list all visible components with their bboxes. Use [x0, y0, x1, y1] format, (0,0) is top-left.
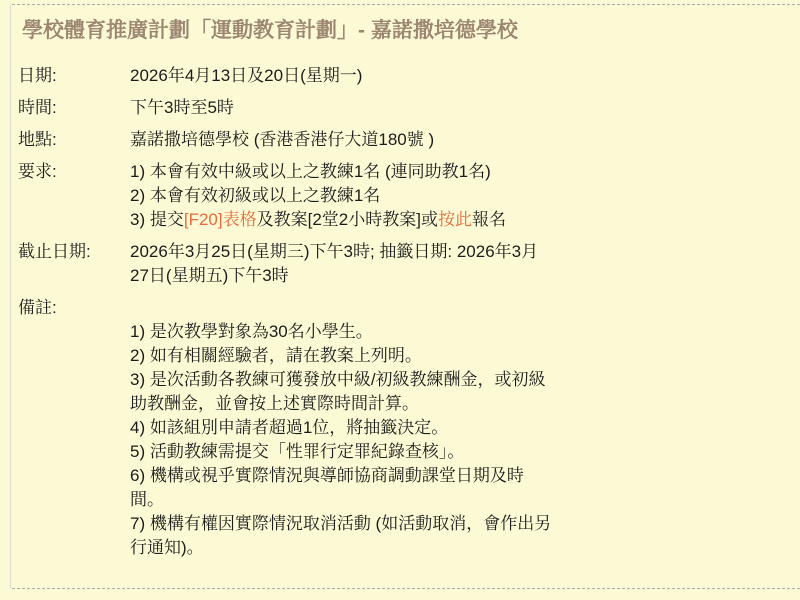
text-segment: 助教酬金，並會按上述實際時間計算。	[130, 394, 419, 413]
row-label-venue: 地點:	[18, 128, 130, 152]
row-time: 時間:下午3時至5時	[18, 96, 790, 120]
text-segment: 行通知)。	[130, 538, 204, 557]
text-segment: 2026年4月13日及20日(星期一)	[130, 66, 362, 85]
value-line: 2) 如有相關經驗者，請在教案上列明。	[130, 344, 790, 368]
text-segment: 報名	[472, 210, 506, 229]
row-value-venue: 嘉諾撒培德學校 (香港香港仔大道180號 )	[130, 128, 790, 152]
text-segment: 3) 是次活動各教練可獲發放中級/初級教練酬金，或初級	[130, 370, 546, 389]
top-dashed-divider	[12, 4, 800, 5]
value-line: 3) 提交[F20]表格及教案[2堂2小時教案]或按此報名	[130, 208, 790, 232]
row-value-date: 2026年4月13日及20日(星期一)	[130, 64, 790, 88]
text-segment: 5) 活動教練需提交「性罪行定罪紀錄查核」。	[130, 442, 464, 461]
text-segment: 2) 本會有效初級或以上之教練1名	[130, 186, 380, 205]
row-label-time: 時間:	[18, 96, 130, 120]
row-requirements: 要求:1) 本會有效中級或以上之教練1名 (連同助教1名)2) 本會有效初級或以…	[18, 160, 790, 232]
text-segment: 嘉諾撒培德學校 (香港香港仔大道180號 )	[130, 130, 434, 149]
value-line: 助教酬金，並會按上述實際時間計算。	[130, 392, 790, 416]
row-value-deadline: 2026年3月25日(星期三)下午3時; 抽籤日期: 2026年3月27日(星期…	[130, 240, 790, 288]
text-segment: 2026年3月25日(星期三)下午3時; 抽籤日期: 2026年3月	[130, 242, 538, 261]
row-label-remarks: 備註:	[18, 296, 130, 320]
value-line: 1) 是次教學對象為30名小學生。	[130, 320, 790, 344]
row-date: 日期:2026年4月13日及20日(星期一)	[18, 64, 790, 88]
f20-form-link[interactable]: [F20]表格	[184, 210, 257, 229]
text-segment: 下午3時至5時	[130, 98, 234, 117]
row-value-requirements: 1) 本會有效中級或以上之教練1名 (連同助教1名)2) 本會有效初級或以上之教…	[130, 160, 790, 232]
value-line: 27日(星期五)下午3時	[130, 264, 790, 288]
page-title: 學校體育推廣計劃「運動教育計劃」- 嘉諾撒培德學校	[22, 16, 518, 46]
text-segment: 2) 如有相關經驗者，請在教案上列明。	[130, 346, 422, 365]
value-line: 間。	[130, 488, 790, 512]
text-segment: 及教案[2堂2小時教案]或	[257, 210, 438, 229]
row-remarks: 備註: 1) 是次教學對象為30名小學生。2) 如有相關經驗者，請在教案上列明。…	[18, 296, 790, 560]
text-segment: 間。	[130, 490, 164, 509]
text-segment: 7) 機構有權因實際情況取消活動 (如活動取消，會作出另	[130, 514, 551, 533]
value-line: 3) 是次活動各教練可獲發放中級/初級教練酬金，或初級	[130, 368, 790, 392]
text-segment: 6) 機構或視乎實際情況與導師協商調動課堂日期及時	[130, 466, 524, 485]
value-line: 6) 機構或視乎實際情況與導師協商調動課堂日期及時	[130, 464, 790, 488]
value-line: 行通知)。	[130, 536, 790, 560]
value-line: 2026年3月25日(星期三)下午3時; 抽籤日期: 2026年3月	[130, 240, 790, 264]
row-value-time: 下午3時至5時	[130, 96, 790, 120]
value-line: 嘉諾撒培德學校 (香港香港仔大道180號 )	[130, 128, 790, 152]
bottom-dashed-divider	[12, 588, 800, 589]
left-border-line	[10, 5, 11, 588]
row-deadline: 截止日期:2026年3月25日(星期三)下午3時; 抽籤日期: 2026年3月2…	[18, 240, 790, 288]
value-line: 2) 本會有效初級或以上之教練1名	[130, 184, 790, 208]
value-line: 下午3時至5時	[130, 96, 790, 120]
row-label-requirements: 要求:	[18, 160, 130, 184]
text-segment: 4) 如該組別申請者超過1位，將抽籤決定。	[130, 418, 448, 437]
row-label-date: 日期:	[18, 64, 130, 88]
row-venue: 地點:嘉諾撒培德學校 (香港香港仔大道180號 )	[18, 128, 790, 152]
value-line: 5) 活動教練需提交「性罪行定罪紀錄查核」。	[130, 440, 790, 464]
text-segment: 3) 提交	[130, 210, 184, 229]
value-line: 4) 如該組別申請者超過1位，將抽籤決定。	[130, 416, 790, 440]
row-value-remarks: 1) 是次教學對象為30名小學生。2) 如有相關經驗者，請在教案上列明。3) 是…	[130, 296, 790, 560]
value-line: 2026年4月13日及20日(星期一)	[130, 64, 790, 88]
row-label-deadline: 截止日期:	[18, 240, 130, 264]
text-segment: 1) 是次教學對象為30名小學生。	[130, 322, 373, 341]
text-segment: 27日(星期五)下午3時	[130, 266, 289, 285]
value-line	[130, 296, 790, 320]
register-here-link[interactable]: 按此	[438, 210, 472, 229]
event-details-table: 日期:2026年4月13日及20日(星期一)時間:下午3時至5時地點:嘉諾撒培德…	[18, 64, 790, 568]
value-line: 1) 本會有效中級或以上之教練1名 (連同助教1名)	[130, 160, 790, 184]
text-segment: 1) 本會有效中級或以上之教練1名 (連同助教1名)	[130, 162, 491, 181]
value-line: 7) 機構有權因實際情況取消活動 (如活動取消，會作出另	[130, 512, 790, 536]
